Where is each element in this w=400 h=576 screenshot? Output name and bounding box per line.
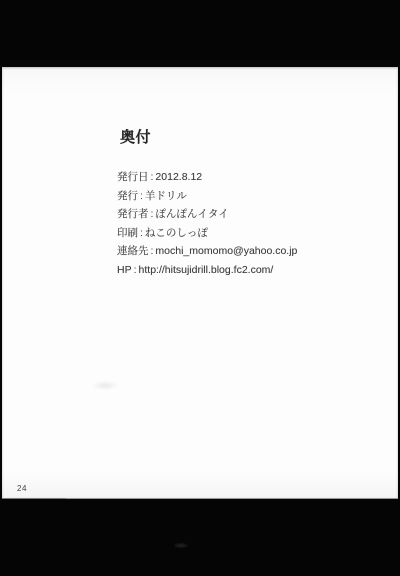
colophon-row-author: 発行者:ぽんぽんイタイ (117, 209, 297, 221)
colophon-row-contact-email: 連絡先:mochi_momomo@yahoo.co.jp (117, 246, 297, 258)
scan-edge-artifact (2, 498, 66, 499)
row-value: mochi_momomo@yahoo.co.jp (155, 245, 297, 257)
colophon-page: 奥付 発行日:2012.8.12 発行:羊ドリル 発行者:ぽんぽんイタイ 印刷:… (2, 67, 398, 499)
colophon-row-publisher: 発行:羊ドリル (117, 191, 297, 203)
row-label: 発行日 (117, 171, 149, 183)
row-separator: : (132, 264, 139, 276)
scan-smudge (92, 381, 118, 390)
row-label: HP (117, 264, 132, 276)
colophon-list: 発行日:2012.8.12 発行:羊ドリル 発行者:ぽんぽんイタイ 印刷:ねこの… (117, 172, 297, 276)
row-label: 発行 (117, 190, 138, 202)
row-value: ぽんぽんイタイ (155, 208, 228, 220)
row-value: http://hitsujidrill.blog.fc2.com/ (139, 264, 274, 276)
scan-smear-artifact (174, 543, 188, 548)
row-separator: : (138, 190, 145, 202)
colophon-row-printer: 印刷:ねこのしっぽ (117, 228, 297, 240)
colophon-row-publish-date: 発行日:2012.8.12 (117, 172, 297, 184)
page-number: 24 (17, 484, 27, 493)
colophon-row-homepage-url: HP:http://hitsujidrill.blog.fc2.com/ (117, 265, 297, 277)
row-label: 連絡先 (117, 245, 149, 257)
row-separator: : (138, 227, 145, 239)
row-value: ねこのしっぽ (145, 227, 208, 239)
row-value: 羊ドリル (145, 190, 187, 202)
row-label: 印刷 (117, 227, 138, 239)
scanned-page-background: 奥付 発行日:2012.8.12 発行:羊ドリル 発行者:ぽんぽんイタイ 印刷:… (0, 0, 400, 576)
row-value: 2012.8.12 (155, 171, 202, 183)
page-title: 奥付 (120, 126, 151, 147)
row-label: 発行者 (117, 208, 149, 220)
